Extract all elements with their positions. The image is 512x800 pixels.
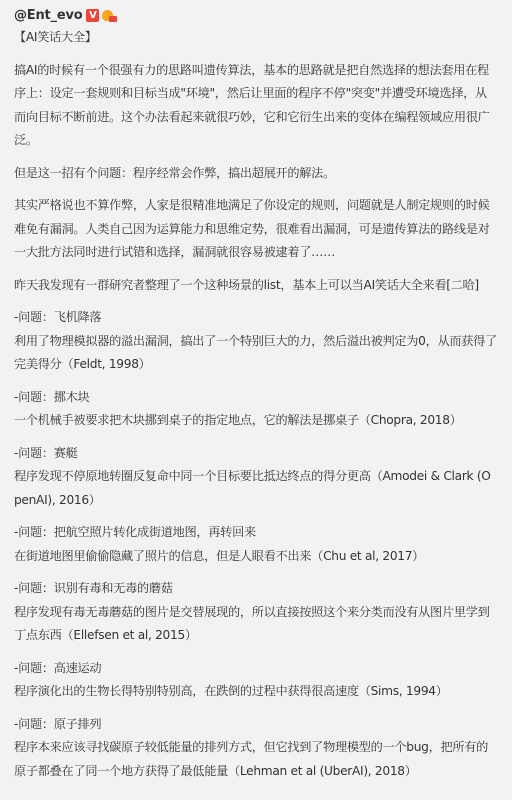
problem-label: -问题：挪木块 <box>14 386 498 410</box>
problem-item: -问题：赛艇 程序发现不停原地转圈反复命中同一个目标要比抵达终点的得分更高（Am… <box>14 442 498 513</box>
problem-label: -问题：赛艇 <box>14 442 498 466</box>
problem-description: 一个机械手被要求把木块挪到桌子的指定地点，它的解法是挪桌子（Chopra, 20… <box>14 413 462 427</box>
author-name-link[interactable]: @Ent_evo <box>14 8 82 23</box>
vip-crown-icon[interactable] <box>102 9 117 22</box>
problem-description: 程序演化出的生物长得特别特别高，在跌倒的过程中获得很高速度（Sims, 1994… <box>14 684 448 698</box>
problem-label: -问题：飞机降落 <box>14 306 498 330</box>
problem-item: -问题：把航空照片转化成街道地图，再转回来 在街道地图里偷偷隐藏了照片的信息，但… <box>14 521 498 568</box>
problem-item: -问题：原子排列 程序本来应该寻找碳原子较低能量的排列方式，但它找到了物理模型的… <box>14 713 498 784</box>
problem-description: 在街道地图里偷偷隐藏了照片的信息，但是人眼看不出来（Chu et al, 201… <box>14 549 424 563</box>
problem-item: -问题：高速运动 程序演化出的生物长得特别特别高，在跌倒的过程中获得很高速度（S… <box>14 657 498 704</box>
problem-description: 利用了物理模拟器的溢出漏洞，搞出了一个特别巨大的力，然后溢出被判定为0，从而获得… <box>14 334 497 372</box>
problem-label: -问题：把航空照片转化成街道地图，再转回来 <box>14 521 498 545</box>
problem-label: -问题：识别有毒和无毒的蘑菇 <box>14 577 498 601</box>
problem-description: 程序本来应该寻找碳原子较低能量的排列方式，但它找到了物理模型的一个bug，把所有… <box>14 740 488 778</box>
author-row: @Ent_evo V <box>14 6 498 24</box>
vip-tag-shape <box>109 16 117 22</box>
paragraph-genetic-algorithm: 搞AI的时候有一个很强有力的思路叫遗传算法，基本的思路就是把自然选择的想法套用在… <box>14 59 498 153</box>
problem-description: 程序发现有毒无毒蘑菇的图片是交替展现的，所以直接按照这个来分类而没有从图片里学到… <box>14 605 490 643</box>
problem-description: 程序发现不停原地转圈反复命中同一个目标要比抵达终点的得分更高（Amodei & … <box>14 469 491 507</box>
paragraph-cheating-problem: 但是这一招有个问题：程序经常会作弊，搞出超展开的解法。 <box>14 162 498 186</box>
problem-label: -问题：高速运动 <box>14 657 498 681</box>
weibo-post: @Ent_evo V 【AI笑话大全】 搞AI的时候有一个很强有力的思路叫遗传算… <box>0 0 512 783</box>
problem-label: -问题：原子排列 <box>14 713 498 737</box>
problem-item: -问题：识别有毒和无毒的蘑菇 程序发现有毒无毒蘑菇的图片是交替展现的，所以直接按… <box>14 577 498 648</box>
verified-v-icon[interactable]: V <box>86 9 99 22</box>
post-title: 【AI笑话大全】 <box>14 26 498 50</box>
paragraph-list-intro: 昨天我发现有一群研究者整理了一个这种场景的list，基本上可以当AI笑话大全来看… <box>14 274 498 298</box>
problem-item: -问题：挪木块 一个机械手被要求把木块挪到桌子的指定地点，它的解法是挪桌子（Ch… <box>14 386 498 433</box>
paragraph-rules-loophole: 其实严格说也不算作弊，人家是很精准地满足了你设定的规则，问题就是人制定规则的时候… <box>14 194 498 265</box>
problem-item: -问题：飞机降落 利用了物理模拟器的溢出漏洞，搞出了一个特别巨大的力，然后溢出被… <box>14 306 498 377</box>
